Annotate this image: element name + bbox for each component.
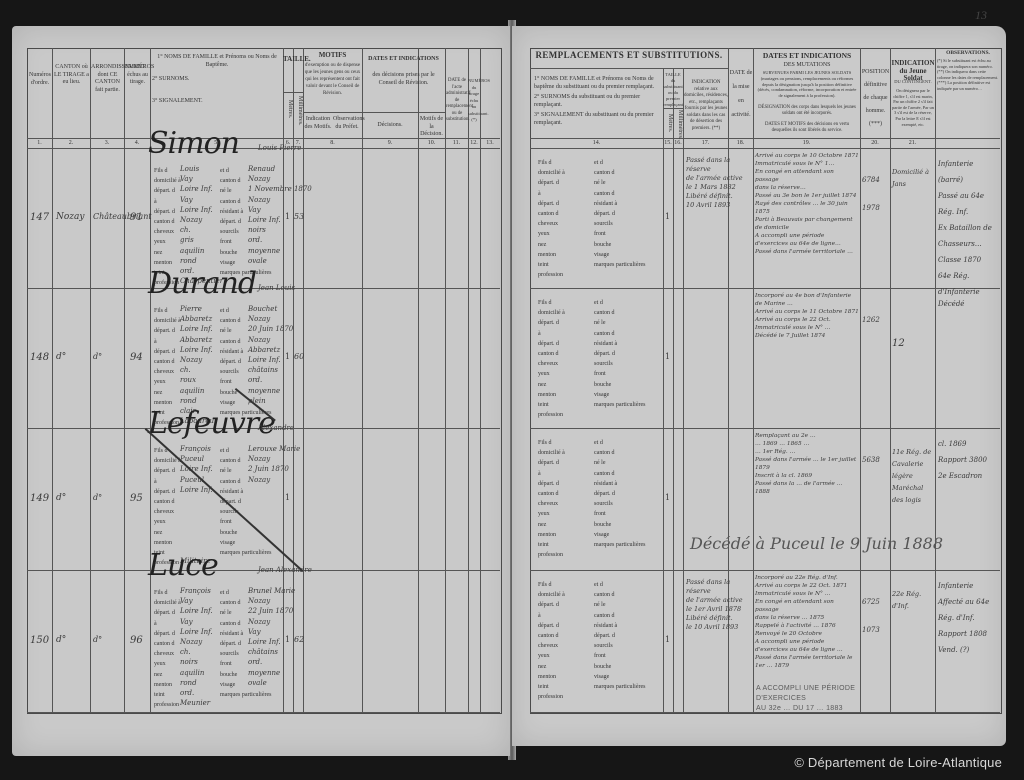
handwritten-left: Vay — [180, 175, 193, 183]
replacement-label-left: canton d — [538, 349, 559, 359]
label-right: résidant à — [220, 629, 243, 639]
label-right: départ. d — [220, 217, 241, 227]
label-right: et d — [220, 446, 229, 456]
label-left: profession — [154, 700, 179, 710]
label-left: canton d — [154, 497, 175, 507]
header-c19-c: DATES ET MOTIFS des décisions en vertu d… — [756, 122, 858, 134]
label-right: front — [220, 517, 232, 527]
replacement-label-left: profession — [538, 270, 563, 280]
handwritten-left: aquilin — [180, 669, 204, 677]
column-number: 17. — [683, 140, 728, 146]
exercise-stamp: A ACCOMPLI UNE PÉRIODE D'EXERCICES AU 32… — [756, 684, 866, 714]
label-left: nez — [154, 388, 162, 398]
label-left: canton d — [154, 217, 175, 227]
handwritten-left: François — [180, 587, 211, 595]
header-observations: OBSERVATIONS. — [936, 50, 1000, 58]
given-names: Jean Louis — [258, 284, 295, 292]
label-left: Fils d — [154, 306, 168, 316]
replacement-label-right: visage — [594, 672, 609, 682]
replacement-label-right: sourcils — [594, 641, 613, 651]
observations-c21: Décédé — [938, 296, 998, 312]
label-left: canton d — [154, 639, 175, 649]
handwritten-left: gris — [180, 236, 194, 244]
replacement-label-right: bouche — [594, 662, 611, 672]
contingent-c21: 12 — [892, 338, 936, 350]
replacement-label-left: cheveux — [538, 219, 558, 229]
replacement-label-right: front — [594, 369, 606, 379]
replacement-label-right: et d — [594, 298, 603, 308]
replacement-label-left: nez — [538, 662, 546, 672]
replacement-label-right: départ. d — [594, 489, 615, 499]
handwritten-right: Nozay — [248, 455, 270, 463]
entry-arrondissement: d° — [93, 493, 102, 502]
replacement-label-right: et d — [594, 158, 603, 168]
handwritten-left: roux — [180, 376, 196, 384]
header-c12: DATE de l'acte administratif de remplace… — [446, 78, 468, 124]
replacement-label-left: profession — [538, 410, 563, 420]
label-left: départ. d — [154, 487, 175, 497]
handwritten-left: Loire Inf. — [180, 185, 213, 193]
label-left: cheveux — [154, 649, 174, 659]
label-left: départ. d — [154, 326, 175, 336]
replacement-label-left: yeux — [538, 509, 550, 519]
entry-arrondissement: Châteaubriant — [93, 212, 152, 221]
entry-numero: 148 — [30, 352, 49, 363]
surname-durand: Durand — [148, 266, 256, 301]
column-number: 9. — [362, 140, 418, 146]
header-c14-2: 3° SIGNALEMENT du substituant ou du prem… — [534, 112, 660, 127]
replacement-label-left: départ. d — [538, 339, 559, 349]
label-left: nez — [154, 248, 162, 258]
label-left: départ. d — [154, 629, 175, 639]
mutations-c19: Incorporé au 22e Rég. d'Inf. Arrivé au c… — [755, 574, 859, 670]
label-right: sourcils — [220, 649, 239, 659]
label-right: visage — [220, 538, 235, 548]
column-number: 18. — [728, 140, 753, 146]
replacement-label-left: yeux — [538, 369, 550, 379]
replacement-label-right: né le — [594, 318, 606, 328]
handwritten-right: 20 Juin 1870 — [248, 325, 293, 333]
handwritten-right: ord. — [248, 376, 262, 384]
header-taille: TAILLE du substituant ou du premier remp… — [663, 72, 683, 108]
taille-sub-rule — [283, 92, 303, 93]
handwritten-left: Loire Inf. — [180, 465, 213, 473]
entry-numero: 147 — [30, 212, 49, 223]
label-left: à — [154, 477, 157, 487]
entry-canton: Nozay — [56, 212, 85, 222]
replacement-label-left: menton — [538, 530, 556, 540]
handwritten-right: Nozay — [248, 476, 270, 484]
label-left: yeux — [154, 237, 166, 247]
label-left: Fils d — [154, 588, 168, 598]
replacement-label-left: départ. d — [538, 479, 559, 489]
surname-luce: Luce — [148, 548, 218, 583]
label-right: bouche — [220, 248, 237, 258]
replacement-label-left: domicilié à — [538, 168, 565, 178]
label-right: sourcils — [220, 227, 239, 237]
replacement-label-right: sourcils — [594, 219, 613, 229]
death-note: Décédé à Puceul le 9 Juin 1888 — [690, 534, 943, 553]
label-left: domicilié à — [154, 176, 181, 186]
replacement-label-left: domicilié à — [538, 590, 565, 600]
replacement-label-right: canton d — [594, 308, 615, 318]
handwritten-right: Nozay — [248, 336, 270, 344]
header-c14-1: 2° SURNOMS du substituant ou du premier … — [534, 94, 660, 109]
handwritten-left: Vay — [180, 196, 193, 204]
replacement-label-right: sourcils — [594, 359, 613, 369]
header-number-rule — [530, 138, 1000, 139]
header-c21-body: On désignera par le chiffre 1, s'il est … — [892, 88, 934, 127]
label-right: résidant à — [220, 207, 243, 217]
entry-canton: d° — [56, 493, 66, 503]
handwritten-right: Loire Inf. — [248, 638, 281, 646]
entry-numero: 150 — [30, 635, 49, 646]
handwritten-right: châtains — [248, 366, 278, 374]
header-c14-0: 1° NOMS DE FAMILLE et Prénoms ou Noms de… — [534, 76, 660, 91]
replacement-label-left: canton d — [538, 209, 559, 219]
entry-tirage: 94 — [130, 352, 143, 363]
handwritten-right: châtains — [248, 648, 278, 656]
handwritten-right: 2 Juin 1870 — [248, 465, 289, 473]
replacement-label-left: départ. d — [538, 600, 559, 610]
replacement-label-right: né le — [594, 458, 606, 468]
label-left: yeux — [154, 517, 166, 527]
header-c21-sub: DU CONTINGENT. — [891, 78, 935, 86]
handwritten-right: ord. — [248, 658, 262, 666]
replacement-taille-m: 1 — [665, 493, 670, 502]
replacement-label-left: teint — [538, 260, 549, 270]
label-right: canton d — [220, 197, 241, 207]
header-motifs-sub: d'exemption ou de dispense que les jeune… — [304, 62, 361, 97]
label-right: canton d — [220, 477, 241, 487]
handwritten-left: ch. — [180, 366, 191, 374]
header-taille: TAILLE. — [283, 56, 303, 64]
handwritten-right: moyenne — [248, 669, 280, 677]
handwritten-right: Nozay — [248, 618, 270, 626]
handwritten-left: Abbaretz — [180, 336, 212, 344]
header-millimetres: Millimètres. — [294, 96, 303, 126]
handwritten-left: Meunier — [180, 699, 210, 707]
replacement-label-right: marques particulières — [594, 682, 645, 692]
handwritten-right: Lerouxe Marie — [248, 445, 300, 453]
label-left: canton d — [154, 357, 175, 367]
replacement-label-left: à — [538, 329, 541, 339]
replacement-label-left: teint — [538, 682, 549, 692]
label-right: front — [220, 377, 232, 387]
label-right: bouche — [220, 528, 237, 538]
replacement-label-right: front — [594, 509, 606, 519]
replacement-label-left: menton — [538, 672, 556, 682]
replacement-label-left: domicilié à — [538, 308, 565, 318]
handwritten-left: Vay — [180, 618, 193, 626]
header-c19-a: SURVENUES PARMI LES JEUNES SOLDATS (mari… — [756, 70, 858, 99]
replacement-label-left: Fils d — [538, 298, 552, 308]
header-dates-sub: des décisions prises par le Conseil de R… — [364, 72, 443, 87]
label-right: canton d — [220, 337, 241, 347]
replacement-label-right: visage — [594, 390, 609, 400]
replacement-label-right: bouche — [594, 520, 611, 530]
label-right: départ. d — [220, 357, 241, 367]
column-number: 2. — [52, 140, 90, 146]
header-c19-sub: DES MUTATIONS — [754, 62, 860, 70]
column-number: 11. — [445, 140, 468, 146]
replacement-label-right: canton d — [594, 611, 615, 621]
label-right: et d — [220, 306, 229, 316]
header-c19-b: DÉSIGNATION des corps dans lesquels les … — [756, 105, 858, 117]
taille-sub-rule — [663, 108, 683, 109]
label-right: canton d — [220, 619, 241, 629]
replacement-label-right: né le — [594, 178, 606, 188]
label-right: né le — [220, 186, 232, 196]
replacement-label-right: départ. d — [594, 349, 615, 359]
replacement-label-left: teint — [538, 540, 549, 550]
handwritten-left: Loire Inf. — [180, 607, 213, 615]
label-right: sourcils — [220, 367, 239, 377]
given-names: Alexandre — [258, 424, 294, 432]
replacement-label-right: visage — [594, 530, 609, 540]
contingent-c21: 22e Rég. d'Inf. — [892, 588, 936, 612]
replacement-label-left: menton — [538, 250, 556, 260]
column-number: 16. — [673, 140, 683, 146]
entry-tirage: 95 — [130, 493, 143, 504]
column-number: 8. — [303, 140, 362, 146]
handwritten-right: moyenne — [248, 387, 280, 395]
entry-taille-mm: 60 — [294, 352, 304, 361]
mutations-c19: Incorporé au 4e bon d'Infanterie de Mari… — [755, 292, 859, 340]
label-right: et d — [220, 166, 229, 176]
replacement-label-left: départ. d — [538, 318, 559, 328]
replacement-label-left: cheveux — [538, 641, 558, 651]
handwritten-right: Abbaretz — [248, 346, 280, 354]
label-left: cheveux — [154, 367, 174, 377]
position-c20: 5638 — [862, 446, 890, 474]
header-numero: Numéros d'ordre. — [28, 72, 52, 87]
header-arrondissement: ARRONDISSEMENT dont CE CANTON fait parti… — [91, 64, 124, 94]
header-dates: DATES ET INDICATIONS — [362, 56, 445, 64]
label-right: canton d — [220, 316, 241, 326]
label-right: front — [220, 237, 232, 247]
column-number: 15. — [663, 140, 673, 146]
handwritten-right: Nozay — [248, 597, 270, 605]
header-canton: CANTON où LE TIRAGE a eu lieu. — [53, 64, 90, 87]
replacement-label-right: canton d — [594, 469, 615, 479]
replacement-label-right: départ. d — [594, 209, 615, 219]
replacement-label-right: départ. d — [594, 631, 615, 641]
handwritten-left: aquilin — [180, 247, 204, 255]
header-m8: Indication des Motifs. — [304, 116, 332, 131]
replacement-label-left: profession — [538, 550, 563, 560]
replacement-label-right: canton d — [594, 329, 615, 339]
given-names: Jean Alexandre — [258, 566, 312, 574]
entry-canton: d° — [56, 635, 66, 645]
entry-taille-m: 1 — [285, 493, 290, 502]
replacement-label-right: sourcils — [594, 499, 613, 509]
replacement-label-right: canton d — [594, 168, 615, 178]
replacement-label-right: résidant à — [594, 621, 617, 631]
label-left: cheveux — [154, 507, 174, 517]
entry-canton: d° — [56, 352, 66, 362]
label-left: départ. d — [154, 608, 175, 618]
replacement-taille-m: 1 — [665, 352, 670, 361]
observations-c21: Infanterie Affecté au 64e Rég. d'Inf. Ra… — [938, 578, 998, 658]
handwritten-left: Nozay — [180, 356, 202, 364]
header-c20: POSITION définitive de chaque homme. (**… — [861, 66, 890, 131]
replacement-label-right: résidant à — [594, 339, 617, 349]
replacement-label-left: à — [538, 189, 541, 199]
replacement-label-left: canton d — [538, 489, 559, 499]
handwritten-left: Loire Inf. — [180, 628, 213, 636]
header-c17: INDICATION relative aux domiciles, résid… — [684, 80, 728, 132]
replacement-label-left: menton — [538, 390, 556, 400]
handwritten-right: Nozay — [248, 315, 270, 323]
label-right: marques particulières — [220, 548, 271, 558]
entry-tirage: 91 — [130, 212, 143, 223]
label-left: teint — [154, 690, 165, 700]
label-right: front — [220, 659, 232, 669]
mutations-c19: Arrivé au corps le 10 Octobre 1871 Immat… — [755, 152, 859, 256]
label-right: né le — [220, 608, 232, 618]
handwritten-right: Bouchet — [248, 305, 277, 313]
replacement-label-right: bouche — [594, 240, 611, 250]
entry-numero: 149 — [30, 493, 49, 504]
replacement-taille-m: 1 — [665, 212, 670, 221]
label-left: domicilié à — [154, 598, 181, 608]
replacement-label-left: canton d — [538, 631, 559, 641]
position-c20: 6784 1978 — [862, 166, 890, 222]
replacement-label-left: profession — [538, 692, 563, 702]
column-number: 19. — [753, 140, 860, 146]
label-right: départ. d — [220, 639, 241, 649]
replacement-label-left: yeux — [538, 651, 550, 661]
replacement-label-right: front — [594, 651, 606, 661]
header-nom-1: 2° SURNOMS. — [152, 76, 282, 84]
label-right: canton d — [220, 176, 241, 186]
handwritten-right: Loire Inf. — [248, 356, 281, 364]
label-left: départ. d — [154, 347, 175, 357]
surname-simon: Simon — [148, 126, 239, 161]
label-left: Fils d — [154, 166, 168, 176]
indication-c17: Passé dans la réserve de l'armée active … — [686, 578, 750, 632]
replacement-label-left: nez — [538, 240, 546, 250]
replacement-label-right: bouche — [594, 380, 611, 390]
header-nom-2: 3° SIGNALEMENT. — [152, 98, 282, 106]
column-number: 12. — [468, 140, 480, 146]
column-number: 10. — [418, 140, 445, 146]
entry-tirage: 96 — [130, 635, 143, 646]
replacement-label-right: visage — [594, 250, 609, 260]
replacement-label-left: cheveux — [538, 359, 558, 369]
column-number: 3. — [90, 140, 124, 146]
label-left: nez — [154, 670, 162, 680]
handwritten-left: Loire Inf. — [180, 486, 213, 494]
surname-lefeuvre: Lefeuvre — [148, 406, 275, 441]
handwritten-left: aquilin — [180, 387, 204, 395]
header-c18: DATE de la mise en activité. — [729, 66, 753, 122]
entry-taille-mm: 62 — [294, 635, 304, 644]
handwritten-left: Pierre — [180, 305, 202, 313]
label-right: canton d — [220, 456, 241, 466]
replacement-label-right: et d — [594, 580, 603, 590]
header-metres: Mètres. — [284, 100, 293, 118]
label-right: marques particulières — [220, 690, 271, 700]
label-left: cheveux — [154, 227, 174, 237]
replacement-label-right: canton d — [594, 448, 615, 458]
handwritten-left: ord. — [180, 689, 194, 697]
label-left: domicilié à — [154, 316, 181, 326]
replacement-label-left: domicilié à — [538, 448, 565, 458]
replacement-label-left: cheveux — [538, 499, 558, 509]
replacement-label-left: nez — [538, 380, 546, 390]
label-right: résidant à — [220, 487, 243, 497]
label-right: canton d — [220, 598, 241, 608]
indication-c17: Passé dans la réserve de l'armée active … — [686, 156, 750, 210]
handwritten-right: moyenne — [248, 247, 280, 255]
replacement-label-left: départ. d — [538, 178, 559, 188]
handwritten-left: Loire Inf. — [180, 325, 213, 333]
label-right: né le — [220, 326, 232, 336]
handwritten-left: ch. — [180, 226, 191, 234]
header-metres: Mètres. — [664, 114, 673, 132]
label-left: départ. d — [154, 186, 175, 196]
header-observations-body: (*) Si le substituant est échu au tirage… — [937, 58, 999, 92]
handwritten-left: rond — [180, 679, 197, 687]
replacement-label-right: marques particulières — [594, 540, 645, 550]
handwritten-right: 22 Juin 1870 — [248, 607, 293, 615]
handwritten-left: Nozay — [180, 638, 202, 646]
given-names: Louis Pierre — [258, 144, 301, 152]
handwritten-left: ch. — [180, 648, 191, 656]
handwritten-left: Vay — [180, 597, 193, 605]
replacement-label-right: front — [594, 229, 606, 239]
replacement-label-left: départ. d — [538, 458, 559, 468]
replacement-label-right: et d — [594, 438, 603, 448]
handwritten-right: Renaud — [248, 165, 275, 173]
label-right: et d — [220, 588, 229, 598]
replacement-label-right: marques particulières — [594, 260, 645, 270]
folio-number: 13 — [975, 8, 987, 23]
dates-sub-rule — [362, 112, 445, 113]
header-tirage: NUMÉROS échus au tirage. — [125, 64, 150, 87]
label-left: à — [154, 337, 157, 347]
handwritten-left: Abbaretz — [180, 315, 212, 323]
label-left: nez — [154, 528, 162, 538]
entry-arrondissement: d° — [93, 635, 102, 644]
replacement-label-right: né le — [594, 600, 606, 610]
replacement-label-left: teint — [538, 400, 549, 410]
column-number: 4. — [124, 140, 150, 146]
handwritten-left: Nozay — [180, 216, 202, 224]
position-c20: 1262 — [862, 306, 890, 334]
replacement-taille-m: 1 — [665, 635, 670, 644]
handwritten-right: noirs — [248, 226, 266, 234]
label-left: menton — [154, 680, 172, 690]
handwritten-left: Loire Inf. — [180, 346, 213, 354]
header-d10: Décisions. — [362, 122, 418, 130]
label-left: départ. d — [154, 207, 175, 217]
replacement-label-left: Fils d — [538, 158, 552, 168]
contingent-c21: 11e Rég. de Cavalerie légère Maréchal de… — [892, 446, 936, 506]
label-left: yeux — [154, 377, 166, 387]
replacement-label-right: résidant à — [594, 199, 617, 209]
handwritten-right: ord. — [248, 236, 262, 244]
entry-taille-m: 1 — [285, 352, 290, 361]
title-rule — [530, 68, 728, 69]
entry-arrondissement: d° — [93, 352, 102, 361]
handwritten-right: Nozay — [248, 175, 270, 183]
label-left: départ. d — [154, 466, 175, 476]
row-rule — [27, 712, 500, 713]
header-millimetres: Millimètres. — [674, 110, 683, 140]
